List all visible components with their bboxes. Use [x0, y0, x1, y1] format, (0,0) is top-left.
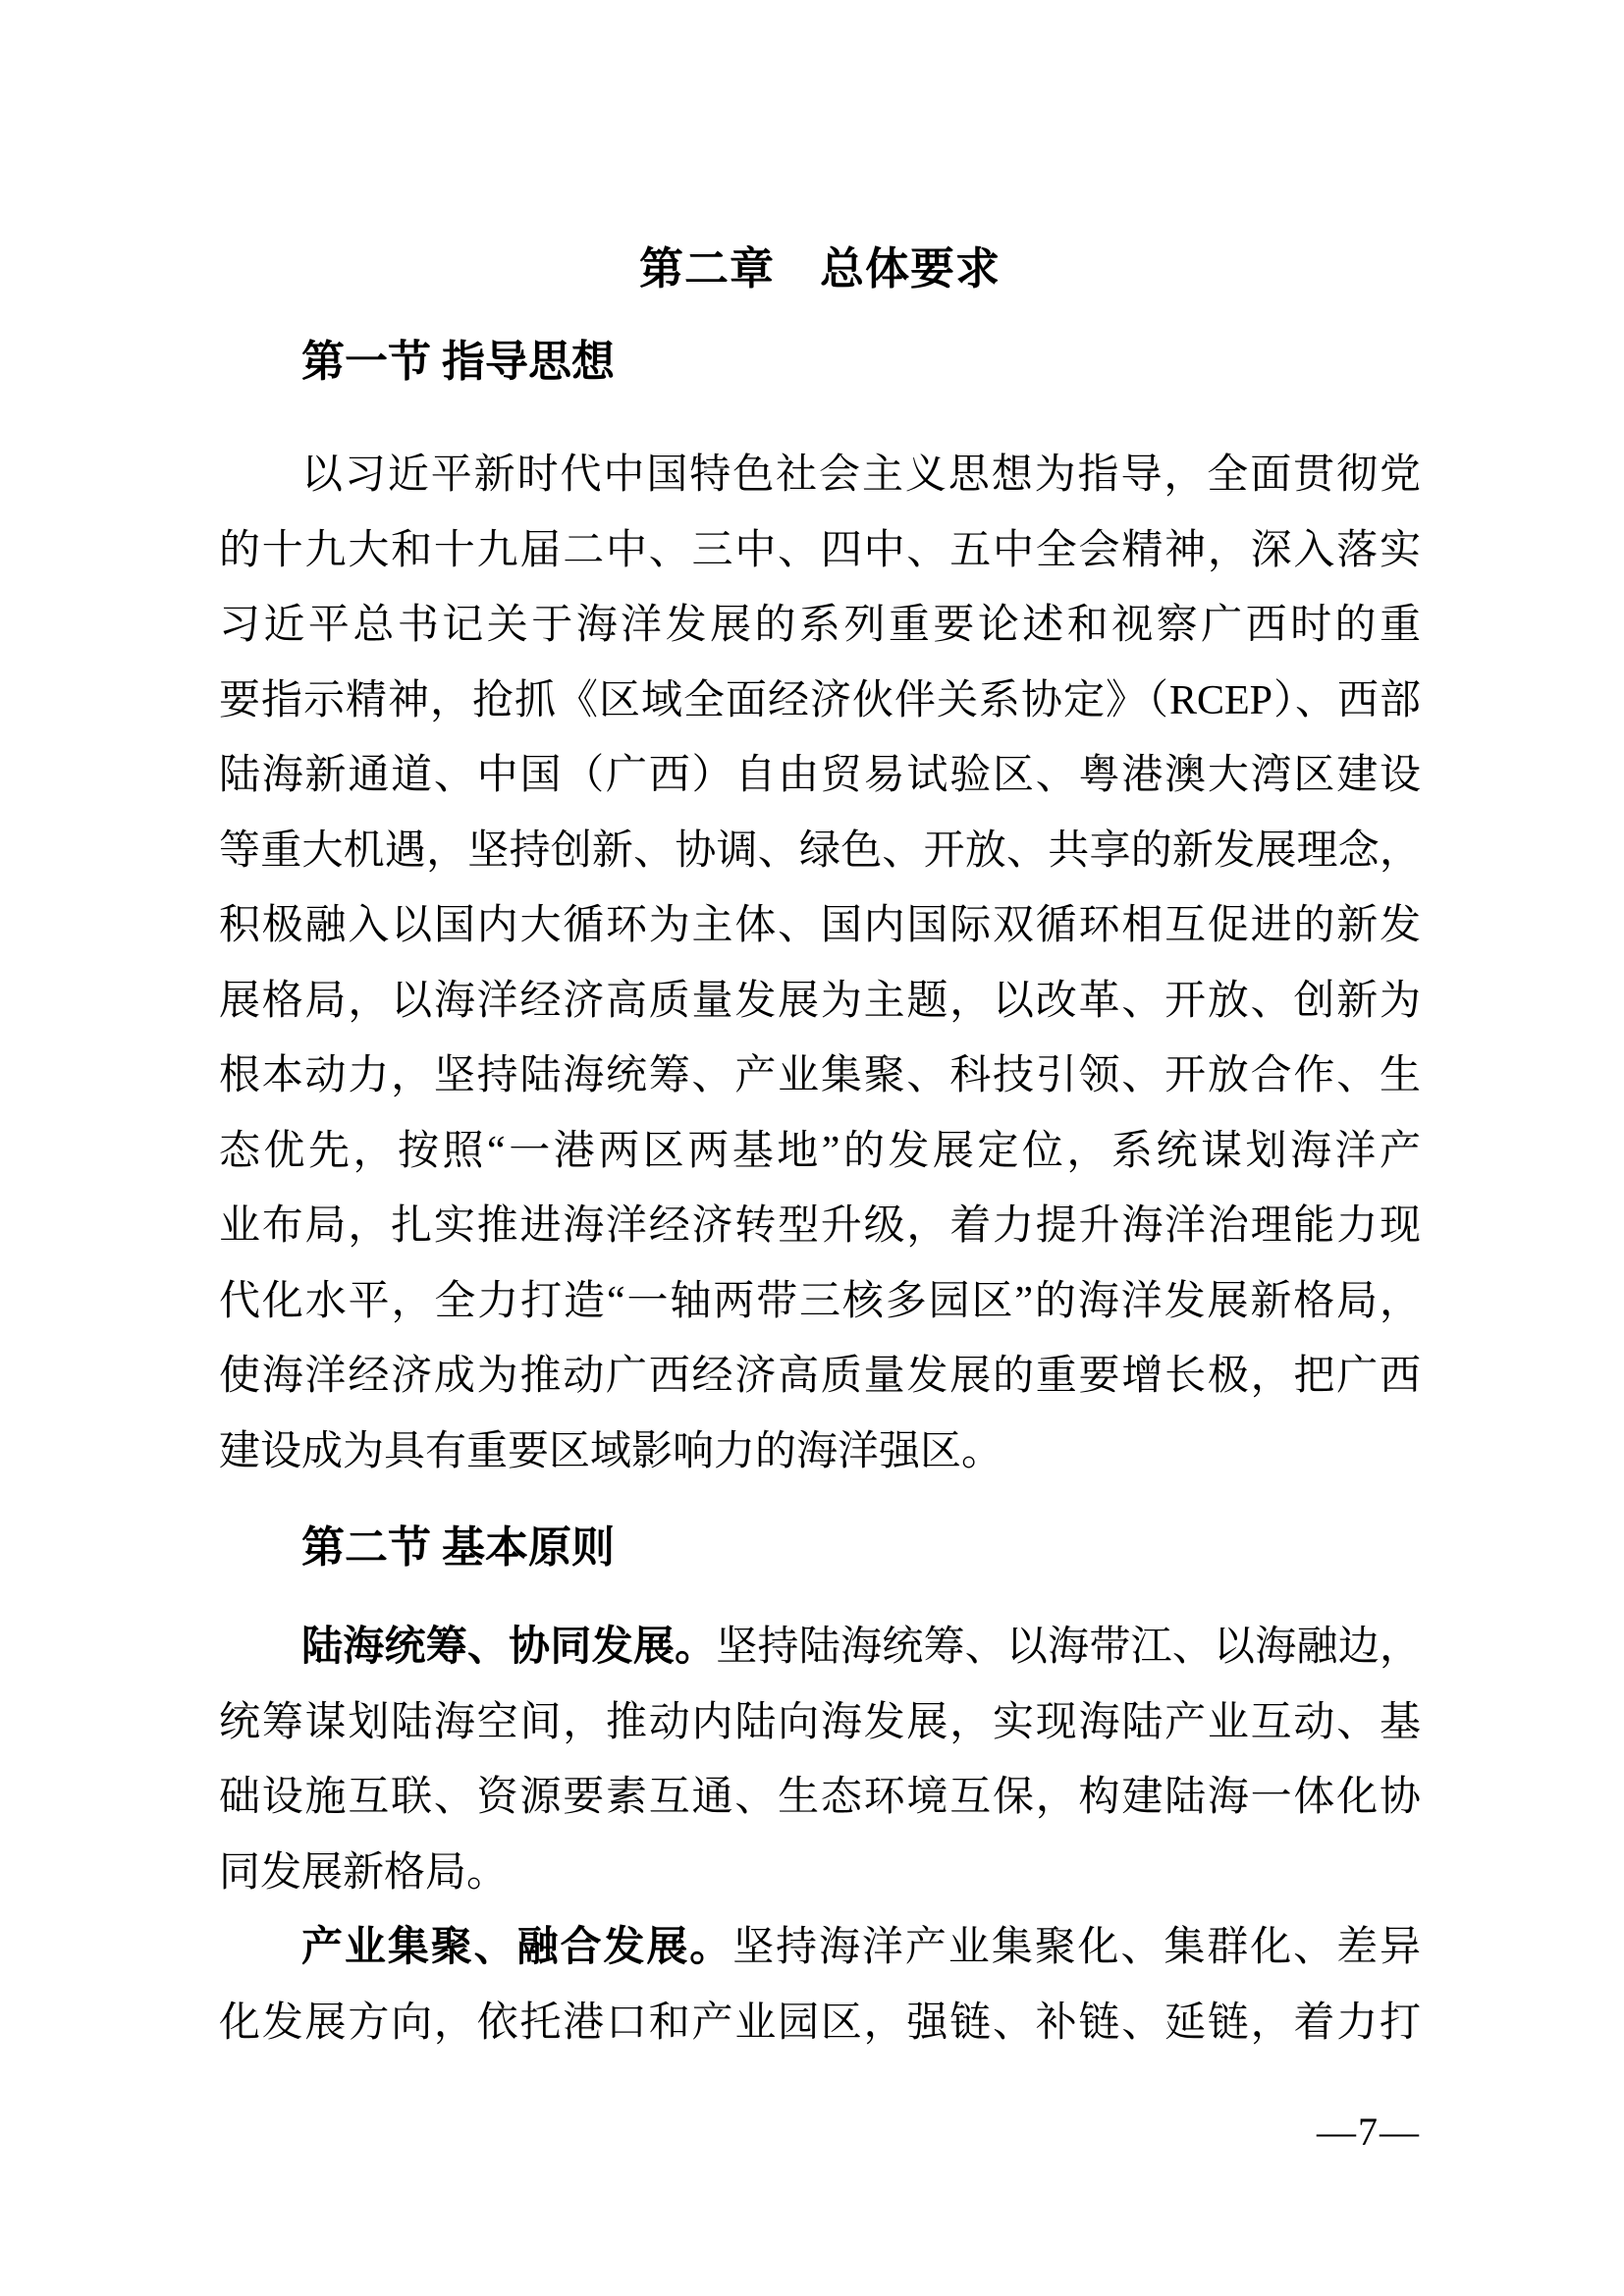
paragraph-principle-industry-cluster: 产业集聚、融合发展。坚持海洋产业集聚化、集群化、差异 化发展方向，依托港口和产业… [219, 1910, 1421, 2060]
body-line-text: 坚持海洋产业集聚化、集群化、差异 [732, 1925, 1421, 1970]
lead-phrase: 产业集聚、融合发展。 [301, 1925, 732, 1970]
body-line: 等重大机遇，坚持创新、协调、绿色、开放、共享的新发展理念， [219, 814, 1421, 889]
section-heading-basic-principles: 第二节 基本原则 [301, 1523, 615, 1573]
paragraph-guiding-ideology: 以习近平新时代中国特色社会主义思想为指导，全面贯彻党 的十九大和十九届二中、三中… [219, 438, 1421, 1489]
body-line: 要指示精神，抢抓《区域全面经济伙伴关系协定》（RCEP）、西部 [219, 664, 1421, 739]
body-line: 代化水平，全力打造“一轴两带三核多园区”的海洋发展新格局， [219, 1264, 1421, 1340]
body-line: 陆海新通道、中国（广西）自由贸易试验区、粤港澳大湾区建设 [219, 738, 1421, 814]
body-line: 建设成为具有重要区域影响力的海洋强区。 [219, 1415, 1421, 1490]
body-line: 业布局，扎实推进海洋经济转型升级，着力提升海洋治理能力现 [219, 1189, 1421, 1264]
section-heading-guiding-ideology: 第一节 指导思想 [301, 338, 615, 387]
body-line: 同发展新格局。 [219, 1836, 1421, 1911]
body-line: 习近平总书记关于海洋发展的系列重要论述和视察广西时的重 [219, 588, 1421, 664]
document-page: 第二章 总体要求 第一节 指导思想 以习近平新时代中国特色社会主义思想为指导，全… [0, 0, 1624, 2296]
paragraph-principle-land-sea: 陆海统筹、协同发展。坚持陆海统筹、以海带江、以海融边， 统筹谋划陆海空间，推动内… [219, 1610, 1421, 1910]
body-line-text: 坚持陆海统筹、以海带江、以海融边， [716, 1625, 1421, 1670]
body-line: 陆海统筹、协同发展。坚持陆海统筹、以海带江、以海融边， [219, 1610, 1421, 1685]
body-line: 积极融入以国内大循环为主体、国内国际双循环相互促进的新发 [219, 888, 1421, 964]
body-line: 础设施互联、资源要素互通、生态环境互保，构建陆海一体化协 [219, 1760, 1421, 1836]
body-line: 使海洋经济成为推动广西经济高质量发展的重要增长极，把广西 [219, 1339, 1421, 1415]
body-line: 化发展方向，依托港口和产业园区，强链、补链、延链，着力打 [219, 1986, 1421, 2061]
page-content: 第二章 总体要求 第一节 指导思想 以习近平新时代中国特色社会主义思想为指导，全… [219, 0, 1421, 2296]
body-line: 态优先，按照“一港两区两基地”的发展定位，系统谋划海洋产 [219, 1114, 1421, 1190]
body-line: 的十九大和十九届二中、三中、四中、五中全会精神，深入落实 [219, 513, 1421, 589]
chapter-title: 第二章 总体要求 [219, 243, 1421, 294]
body-line: 统筹谋划陆海空间，推动内陆向海发展，实现海陆产业互动、基 [219, 1685, 1421, 1761]
lead-phrase: 陆海统筹、协同发展。 [301, 1625, 716, 1670]
body-line: 展格局，以海洋经济高质量发展为主题，以改革、开放、创新为 [219, 964, 1421, 1040]
body-line: 以习近平新时代中国特色社会主义思想为指导，全面贯彻党 [219, 438, 1421, 513]
body-line: 根本动力，坚持陆海统筹、产业集聚、科技引领、开放合作、生 [219, 1039, 1421, 1114]
page-number: —7— [1317, 2110, 1421, 2154]
body-line: 产业集聚、融合发展。坚持海洋产业集聚化、集群化、差异 [219, 1910, 1421, 1986]
